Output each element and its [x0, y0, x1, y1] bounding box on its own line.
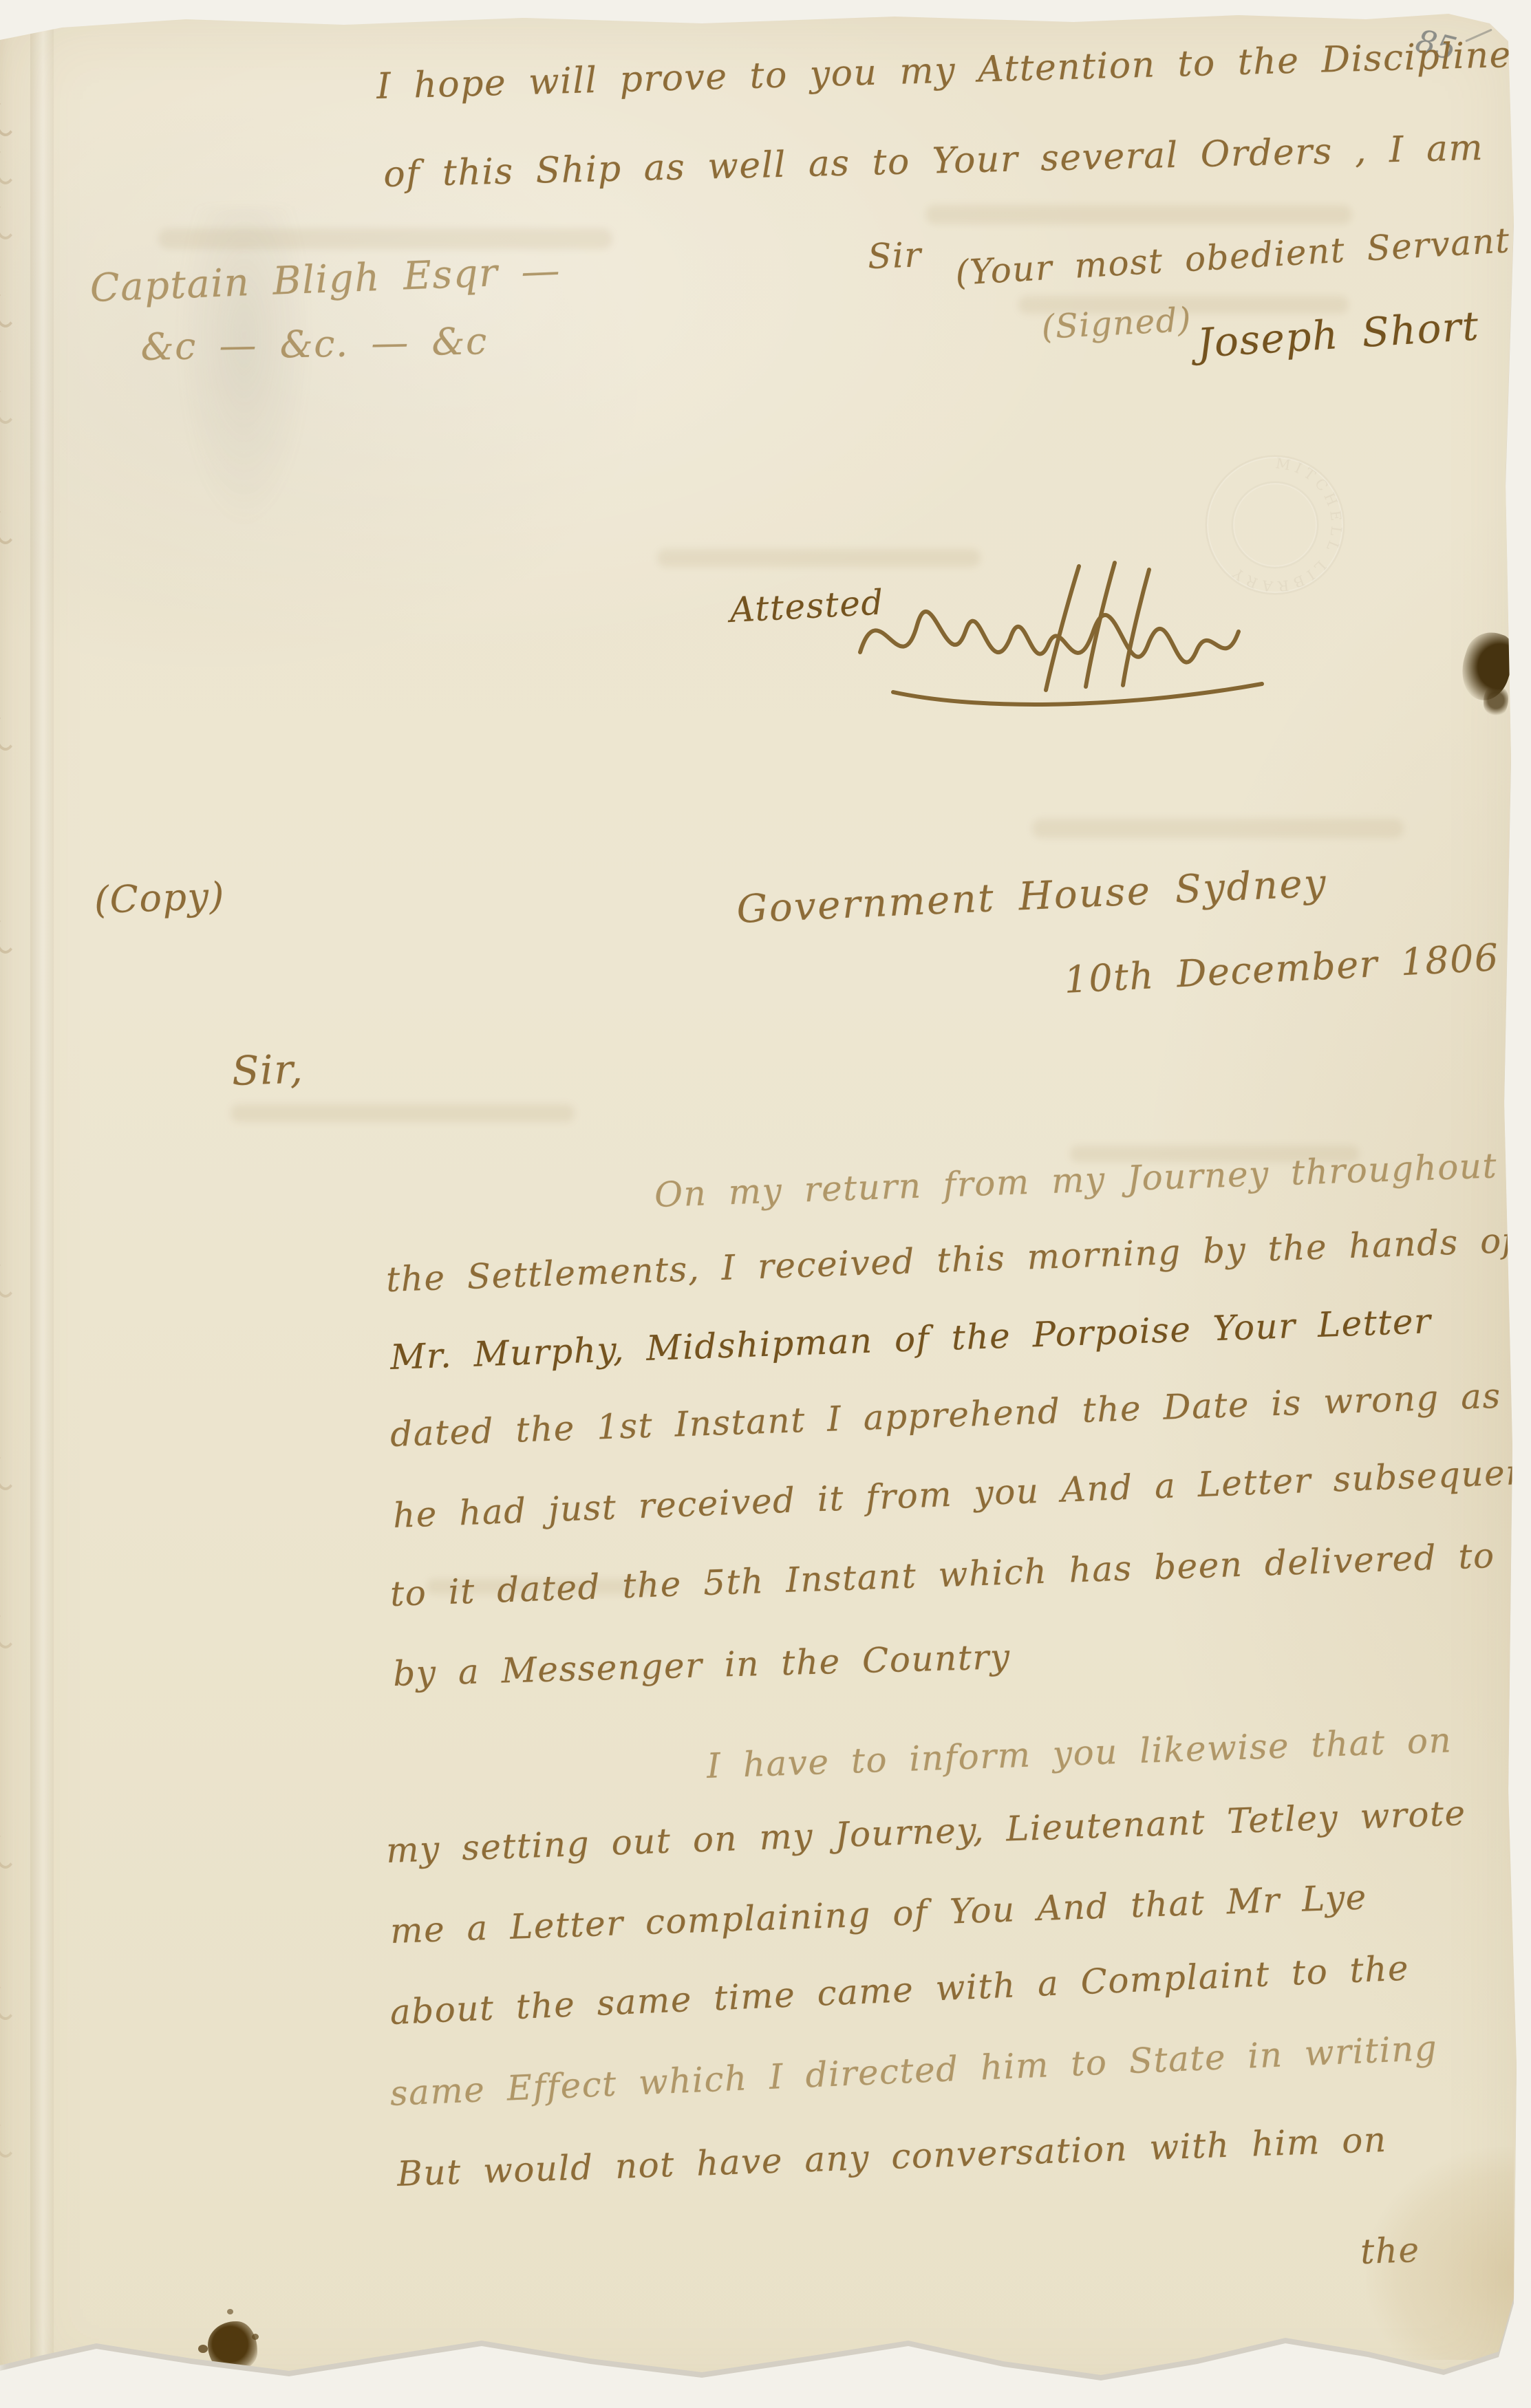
body-line: Mr. Murphy, Midshipman of the Porpoise Y…	[389, 1304, 1432, 1375]
body-line: he had just received it from you And a L…	[392, 1454, 1531, 1533]
left-edge-ink-mark	[0, 1259, 17, 1298]
left-edge-ink-mark	[0, 1830, 17, 1869]
water-stain	[1366, 2147, 1514, 2360]
fragment-line: of this Ship as well as to Your several …	[383, 130, 1484, 193]
bleed-through-text	[231, 1104, 575, 1122]
closing-line: (Your most obedient Servant	[954, 223, 1511, 290]
body-line: my setting out on my Journey, Lieutenant…	[385, 1796, 1466, 1868]
left-edge-ink-mark	[0, 1452, 17, 1490]
smudge-stain	[175, 206, 313, 530]
gutter-fold-shadow	[30, 21, 54, 2360]
left-edge-ink-mark	[0, 915, 17, 954]
left-edge-ink-mark	[0, 2119, 17, 2158]
scanned-letter-page: 85 I hope will prove to you my Attention…	[0, 0, 1531, 2408]
bleed-through-text	[1032, 819, 1404, 838]
salutation: Sir,	[231, 1049, 304, 1091]
body-line: to it dated the 5th Instant which has be…	[389, 1536, 1531, 1611]
fragment-line: I hope will prove to you my Attention to…	[376, 37, 1512, 105]
left-edge-ink-mark	[0, 1981, 17, 2020]
ink-speck	[252, 2334, 259, 2340]
date-line: 10th December 1806	[1063, 939, 1500, 999]
left-edge-ink-mark	[0, 385, 17, 424]
body-line: by a Messenger in the Country	[393, 1640, 1011, 1691]
closing-salutation: Sir	[867, 237, 922, 274]
address-etc-line: &c — &c. — &c	[140, 323, 488, 366]
left-edge-ink-mark	[0, 712, 17, 751]
left-edge-ink-mark	[0, 98, 17, 136]
left-edge-ink-mark	[0, 146, 17, 184]
body-line: same Effect which I directed him to Stat…	[389, 2031, 1438, 2111]
copy-label: (Copy)	[94, 877, 226, 919]
left-edge-ink-mark	[0, 1610, 17, 1648]
body-line: dated the 1st Instant I apprehend the Da…	[389, 1379, 1501, 1452]
body-line: the Settlements, I received this morning…	[385, 1223, 1516, 1297]
signature-joseph-short: Joseph Short	[1196, 305, 1480, 363]
bleed-through-text	[158, 228, 612, 249]
ink-stain-right-edge	[1484, 685, 1508, 716]
paper-sheet: 85 I hope will prove to you my Attention…	[0, 0, 1531, 2408]
place-line: Government House Sydney	[736, 864, 1328, 929]
left-edge-ink-mark	[0, 201, 17, 239]
left-edge-ink-mark	[0, 506, 17, 544]
left-edge-ink-mark	[0, 289, 17, 327]
signed-label: (Signed)	[1040, 303, 1192, 344]
body-line: about the same time came with a Complain…	[389, 1950, 1410, 2030]
body-line: But would not have any conversation with…	[396, 2122, 1387, 2191]
ink-speck	[227, 2309, 233, 2314]
bleed-through-text	[925, 205, 1352, 224]
body-line: me a Letter complaining of You And that …	[389, 1880, 1367, 1948]
attestation-signature-scrawl	[852, 549, 1278, 711]
body-line: I have to inform you likewise that on	[706, 1723, 1453, 1783]
address-line: Captain Bligh Esqr —	[89, 252, 561, 308]
ink-speck	[198, 2345, 208, 2353]
